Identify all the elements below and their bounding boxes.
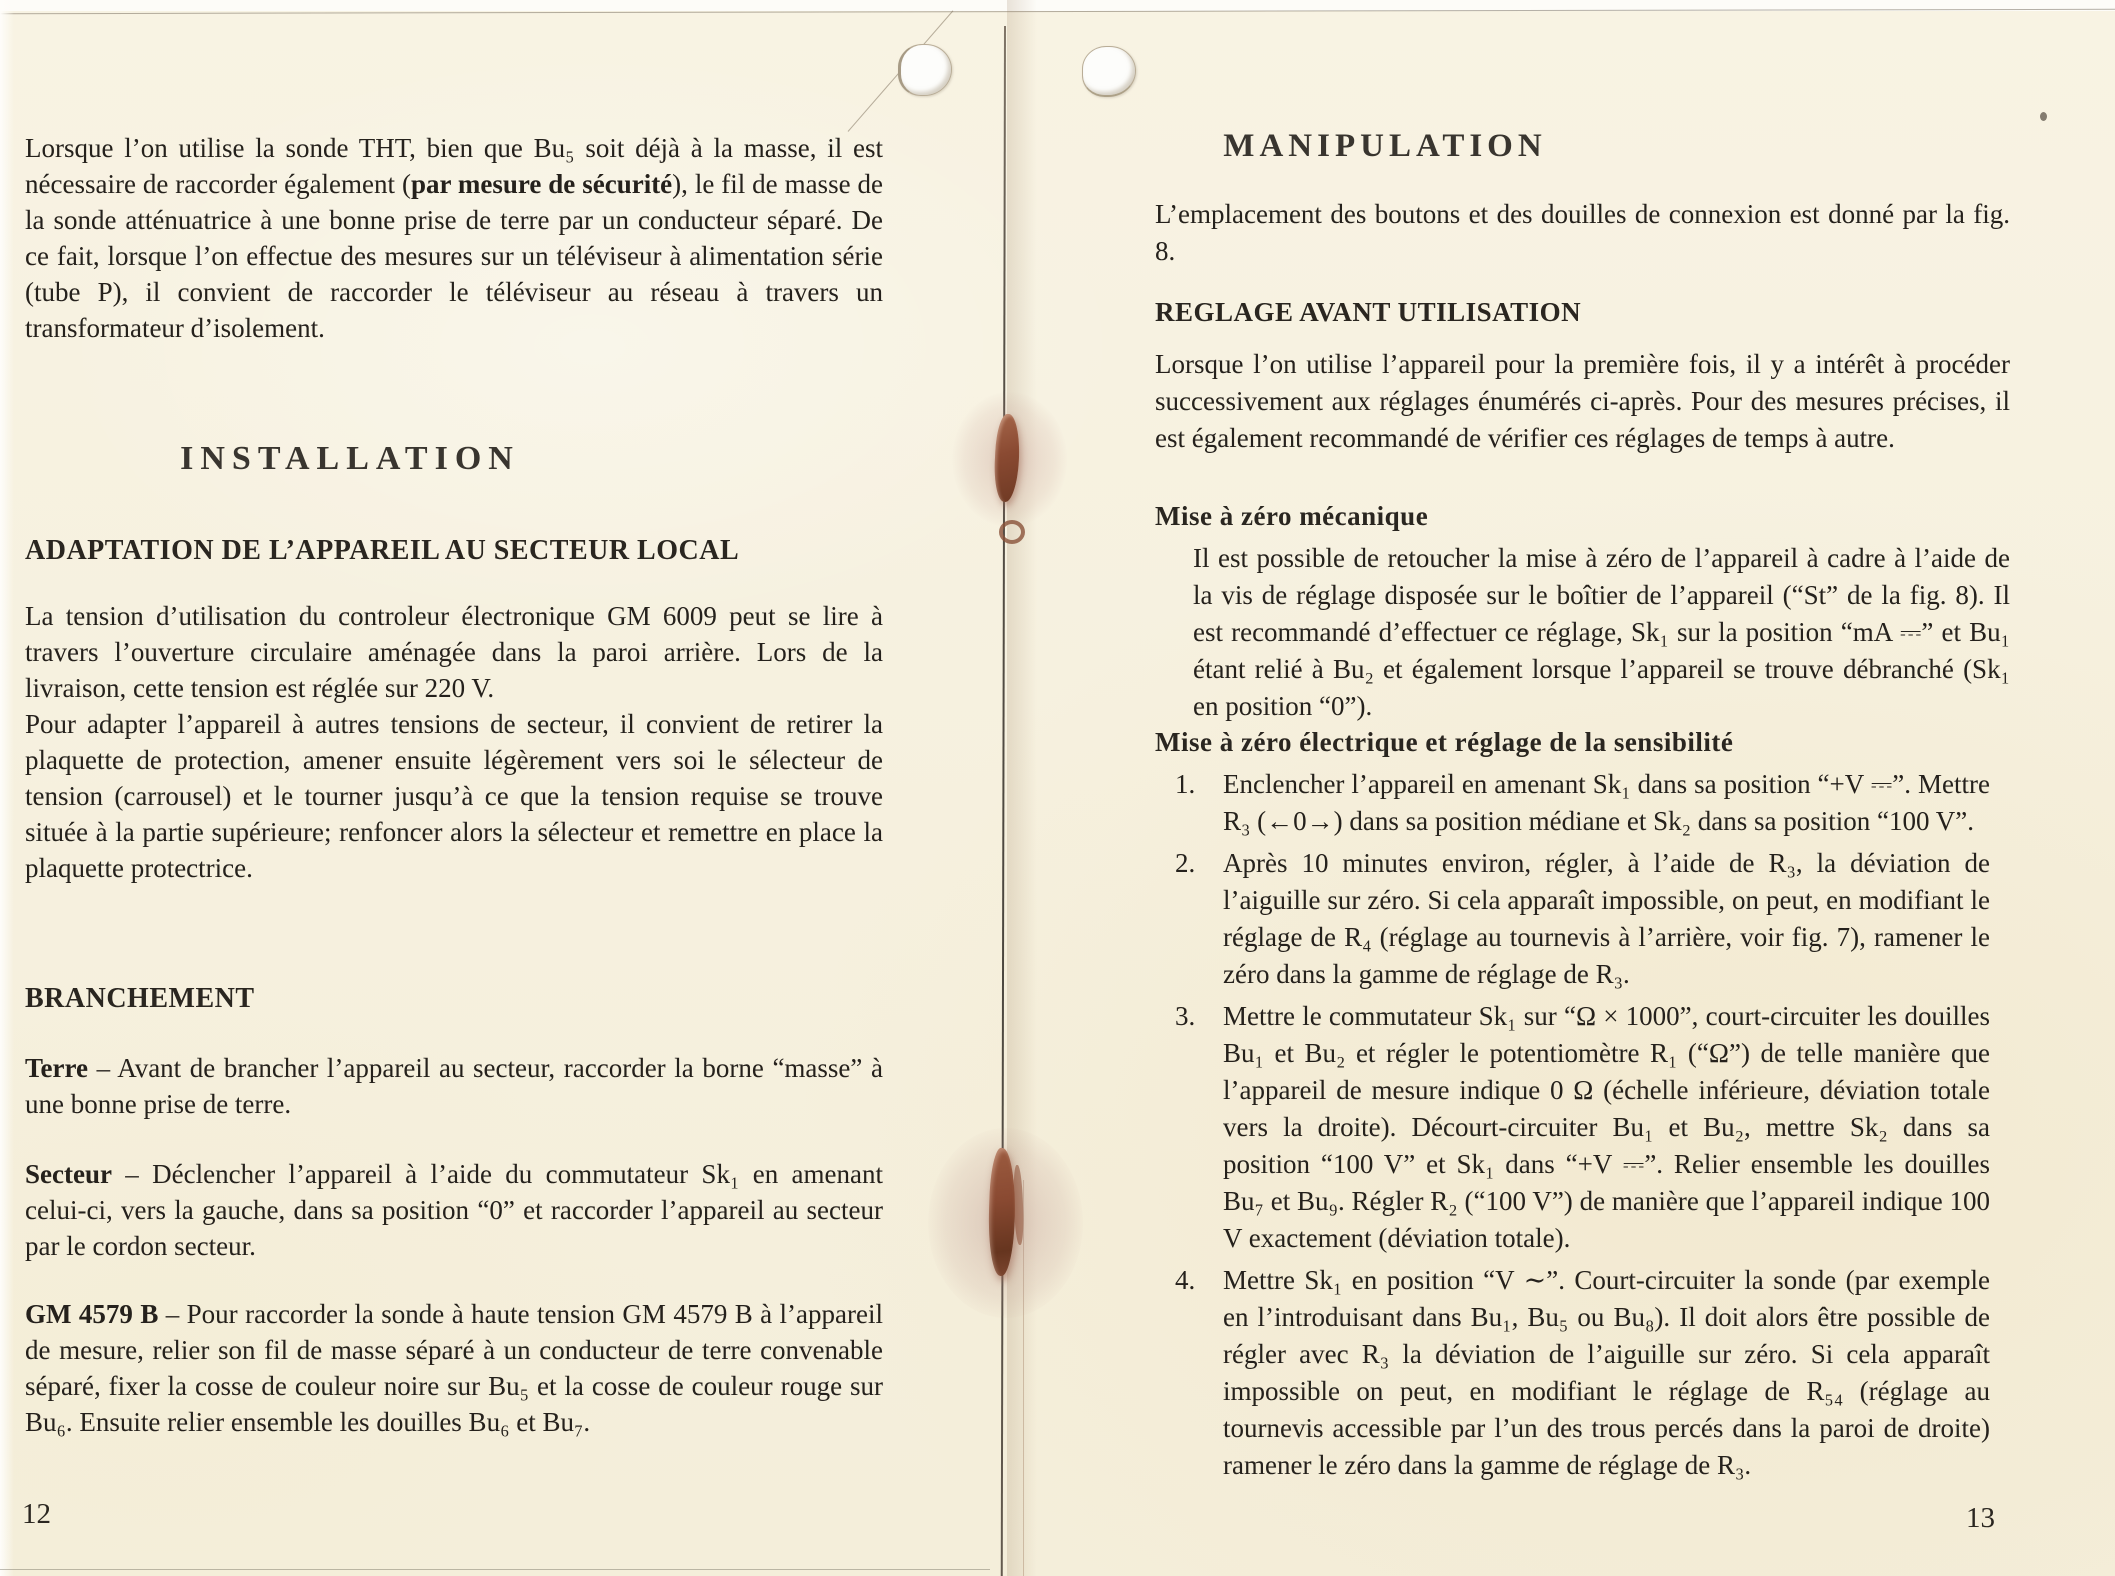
gutter-shadow	[1007, 0, 1037, 1576]
scanner-left-margin	[0, 0, 14, 1576]
rust-ring-mark	[999, 520, 1025, 544]
reglage-paragraph: Lorsque l’on utilise l’appareil pour la …	[1155, 346, 2010, 457]
left-intro-bold-segment: par mesure de sécurité	[411, 169, 672, 199]
branchement-heading: BRANCHEMENT	[25, 984, 883, 1015]
right-intro-paragraph: L’emplacement des boutons et des douille…	[1155, 196, 2010, 270]
terre-text: – Avant de brancher l’appareil au secteu…	[25, 1053, 883, 1119]
installation-title: INSTALLATION	[25, 442, 675, 476]
reglage-heading: REGLAGE AVANT UTILISATION	[1155, 298, 2010, 328]
list-item: 3. Mettre le commutateur Sk₁ sur “Ω × 10…	[1175, 998, 1990, 1257]
list-item-text: Après 10 minutes environ, régler, à l’ai…	[1223, 845, 1990, 993]
list-item-number: 3.	[1175, 998, 1223, 1257]
gm4579b-lead: GM 4579 B	[25, 1299, 158, 1329]
list-item-text: Mettre Sk₁ en position “V ∼”. Court-circ…	[1223, 1262, 1990, 1484]
left-intro-paragraph: Lorsque l’on utilise la sonde THT, bien …	[25, 130, 883, 346]
manipulation-title: MANIPULATION	[1155, 130, 1615, 163]
scan-bottom-edge-line	[0, 1569, 990, 1570]
page-number-left: 12	[22, 1498, 51, 1531]
page-number-right: 13	[1966, 1502, 1995, 1535]
mise-electrique-heading: Mise à zéro électrique et réglage de la …	[1155, 728, 2010, 758]
manual-spread: Lorsque l’on utilise la sonde THT, bien …	[0, 0, 2115, 1576]
mise-mecanique-paragraph: Il est possible de retoucher la mise à z…	[1193, 540, 2010, 725]
mise-mecanique-heading: Mise à zéro mécanique	[1155, 502, 2010, 532]
secteur-paragraph: Secteur – Déclencher l’appareil à l’aide…	[25, 1156, 883, 1264]
punch-hole-right	[1082, 46, 1136, 97]
terre-lead: Terre	[25, 1053, 88, 1083]
secteur-lead: Secteur	[25, 1159, 112, 1189]
list-item-text: Mettre le commutateur Sk₁ sur “Ω × 1000”…	[1223, 998, 1990, 1257]
list-item: 1. Enclencher l’appareil en amenant Sk₁ …	[1175, 766, 1990, 840]
list-item-text: Enclencher l’appareil en amenant Sk₁ dan…	[1223, 766, 1990, 840]
secteur-text: – Déclencher l’appareil à l’aide du comm…	[25, 1159, 883, 1261]
mise-electrique-list: 1. Enclencher l’appareil en amenant Sk₁ …	[1175, 766, 1990, 1489]
ink-speck	[2040, 112, 2047, 121]
adaptation-paragraph-2: Pour adapter l’appareil à autres tension…	[25, 706, 883, 886]
spine-fold-line	[1001, 26, 1006, 1576]
list-item-number: 4.	[1175, 1262, 1223, 1484]
list-item-number: 2.	[1175, 845, 1223, 993]
list-item: 2. Après 10 minutes environ, régler, à l…	[1175, 845, 1990, 993]
terre-paragraph: Terre – Avant de brancher l’appareil au …	[25, 1050, 883, 1122]
adaptation-heading: ADAPTATION DE L’APPAREIL AU SECTEUR LOCA…	[25, 536, 883, 567]
punch-hole-left	[898, 44, 952, 96]
gm4579b-paragraph: GM 4579 B – Pour raccorder la sonde à ha…	[25, 1296, 883, 1440]
adaptation-paragraph-1: La tension d’utilisation du controleur é…	[25, 598, 883, 706]
list-item-number: 1.	[1175, 766, 1223, 840]
list-item: 4. Mettre Sk₁ en position “V ∼”. Court-c…	[1175, 1262, 1990, 1484]
